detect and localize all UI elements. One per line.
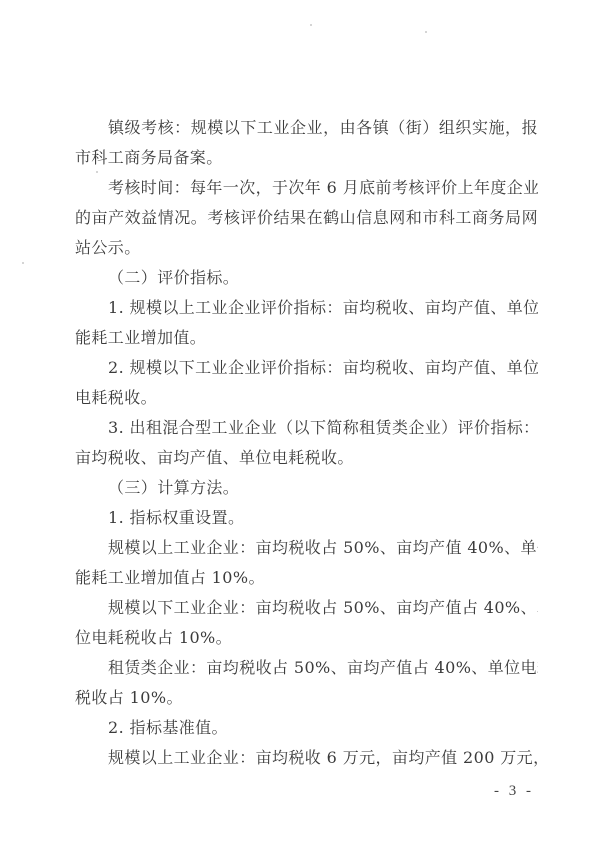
document-body: 镇级考核：规模以下工业企业，由各镇（街）组织实施，报 市科工商务局备案。 考核时… [75,113,538,773]
text-line: 能耗工业增加值占 10%。 [75,563,538,593]
section-heading: （二）评价指标。 [75,263,538,293]
section-heading: （三）计算方法。 [75,473,538,503]
paragraph-weight-above-scale: 规模以上工业企业：亩均税收占 50%、亩均产值 40%、单位 能耗工业增加值占 … [75,533,538,593]
scan-speck [425,31,427,33]
text-line: 租赁类企业：亩均税收占 50%、亩均产值占 40%、单位电耗 [75,653,538,683]
paragraph-indicator-1: 1. 规模以上工业企业评价指标：亩均税收、亩均产值、单位 能耗工业增加值。 [75,293,538,353]
text-line: 规模以下工业企业：亩均税收占 50%、亩均产值占 40%、单 [75,593,538,623]
document-page: 镇级考核：规模以下工业企业，由各镇（街）组织实施，报 市科工商务局备案。 考核时… [0,0,613,862]
text-line: 2. 规模以下工业企业评价指标：亩均税收、亩均产值、单位 [75,353,538,383]
subheading: 2. 指标基准值。 [75,713,538,743]
scan-speck [22,262,24,264]
text-line: 位电耗税收占 10%。 [75,623,538,653]
paragraph-indicator-2: 2. 规模以下工业企业评价指标：亩均税收、亩均产值、单位 电耗税收。 [75,353,538,413]
page-number: - 3 - [494,783,534,800]
paragraph-benchmark-above-scale: 规模以上工业企业：亩均税收 6 万元，亩均产值 200 万元， [75,743,538,773]
text-line: 电耗税收。 [75,383,538,413]
subheading-weight-settings: 1. 指标权重设置。 [75,503,538,533]
text-line: 能耗工业增加值。 [75,323,538,353]
text-line: 市科工商务局备案。 [75,143,538,173]
text-line: 站公示。 [75,233,538,263]
subheading-benchmark-values: 2. 指标基准值。 [75,713,538,743]
text-line: 考核时间：每年一次，于次年 6 月底前考核评价上年度企业 [75,173,538,203]
text-line: 规模以上工业企业：亩均税收 6 万元，亩均产值 200 万元， [75,743,538,773]
scan-speck [310,24,312,26]
paragraph-town-assessment: 镇级考核：规模以下工业企业，由各镇（街）组织实施，报 市科工商务局备案。 [75,113,538,173]
paragraph-assessment-time: 考核时间：每年一次，于次年 6 月底前考核评价上年度企业 的亩产效益情况。考核评… [75,173,538,263]
paragraph-weight-below-scale: 规模以下工业企业：亩均税收占 50%、亩均产值占 40%、单 位电耗税收占 10… [75,593,538,653]
text-line: 税收占 10%。 [75,683,538,713]
text-line: 的亩产效益情况。考核评价结果在鹤山信息网和市科工商务局网 [75,203,538,233]
text-line: 1. 规模以上工业企业评价指标：亩均税收、亩均产值、单位 [75,293,538,323]
section-heading-evaluation-indicators: （二）评价指标。 [75,263,538,293]
paragraph-indicator-3: 3. 出租混合型工业企业（以下简称租赁类企业）评价指标： 亩均税收、亩均产值、单… [75,413,538,473]
text-line: 亩均税收、亩均产值、单位电耗税收。 [75,443,538,473]
paragraph-weight-leasing: 租赁类企业：亩均税收占 50%、亩均产值占 40%、单位电耗 税收占 10%。 [75,653,538,713]
text-line: 镇级考核：规模以下工业企业，由各镇（街）组织实施，报 [75,113,538,143]
section-heading-calculation-method: （三）计算方法。 [75,473,538,503]
text-line: 3. 出租混合型工业企业（以下简称租赁类企业）评价指标： [75,413,538,443]
subheading: 1. 指标权重设置。 [75,503,538,533]
text-line: 规模以上工业企业：亩均税收占 50%、亩均产值 40%、单位 [75,533,538,563]
